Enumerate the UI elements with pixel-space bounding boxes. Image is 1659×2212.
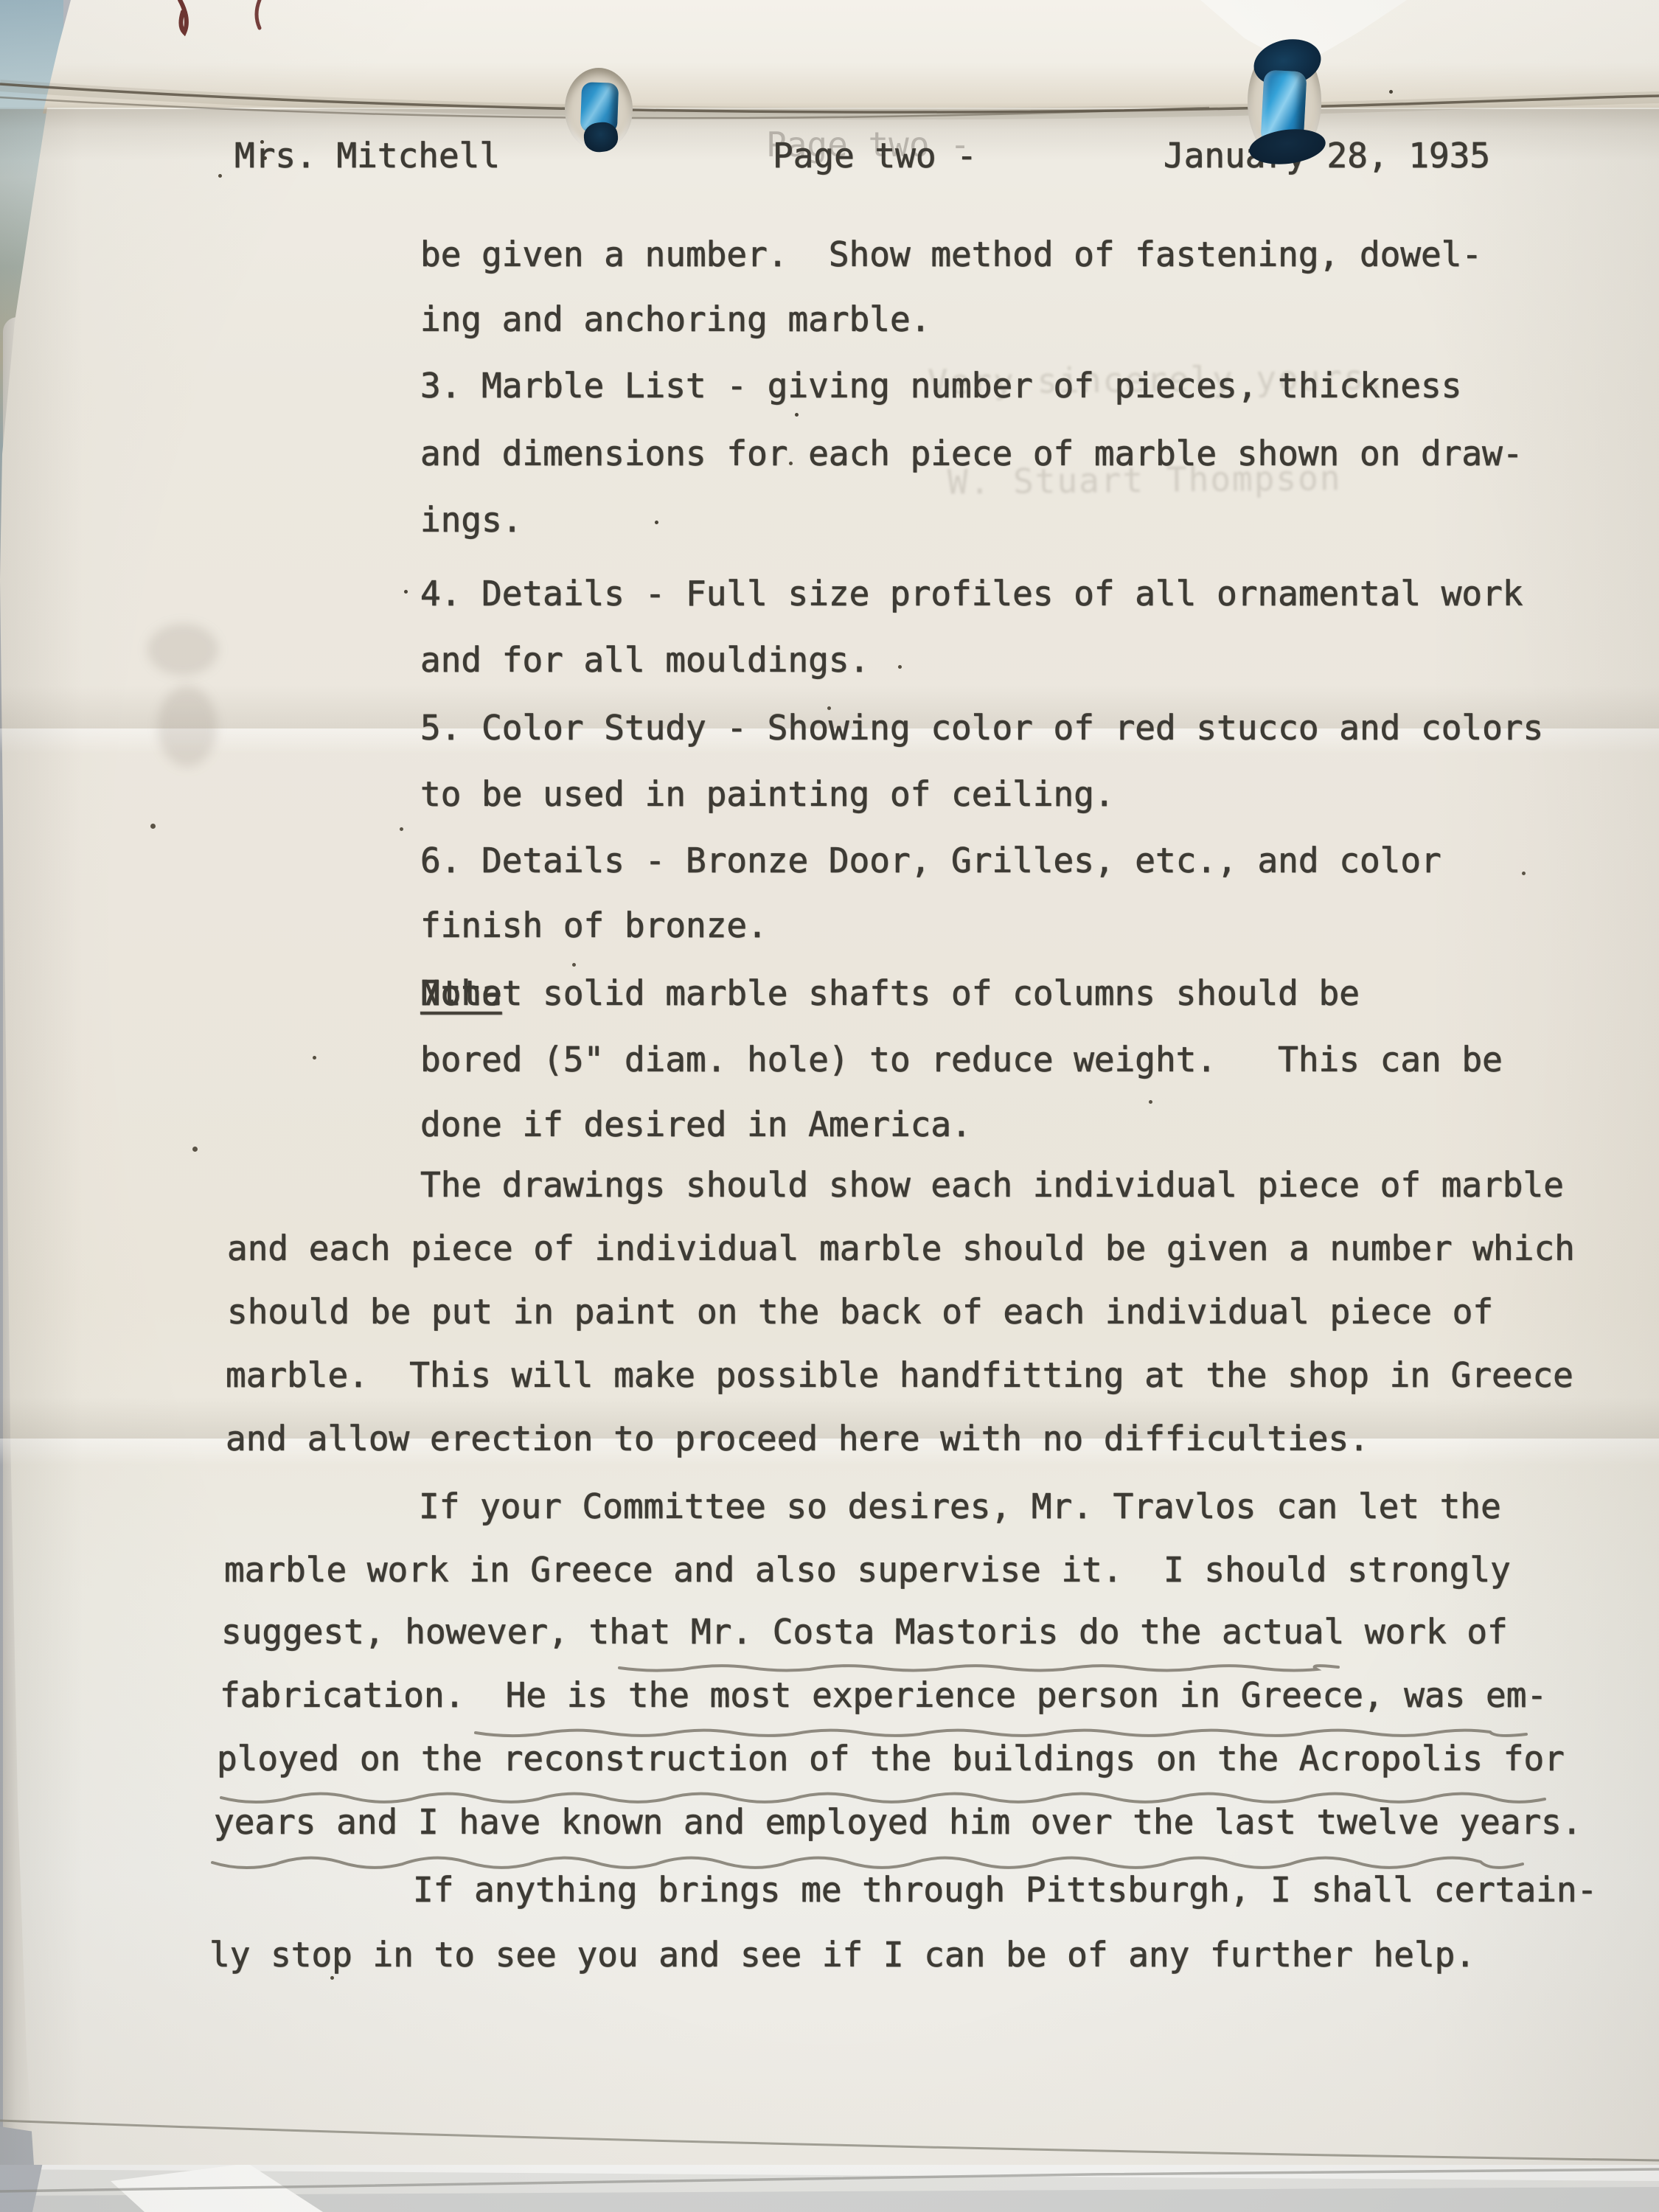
typed-line: finish of bronze. bbox=[420, 908, 768, 942]
typed-line: ployed on the reconstruction of the buil… bbox=[217, 1742, 1565, 1775]
typed-line: suggest, however, that Mr. Costa Mastori… bbox=[221, 1615, 1508, 1649]
typed-line: The drawings should show each individual… bbox=[420, 1168, 1564, 1202]
typed-line: be given a number. Show method of fasten… bbox=[420, 237, 1482, 271]
typed-line: should be put in paint on the back of ea… bbox=[227, 1295, 1493, 1329]
typed-line: marble. This will make possible handfitt… bbox=[226, 1358, 1573, 1392]
typed-line: and for all mouldings. bbox=[420, 643, 869, 677]
header-page-number: Page two - bbox=[773, 139, 977, 173]
typed-line: to be used in painting of ceiling. bbox=[420, 777, 1115, 811]
ink-specks bbox=[0, 0, 4, 4]
typed-line: 6. Details - Bronze Door, Grilles, etc.,… bbox=[420, 844, 1441, 877]
typed-line: done if desired in America. bbox=[420, 1107, 972, 1141]
typed-line: ings. bbox=[420, 503, 522, 537]
typed-line: If your Committee so desires, Mr. Travlo… bbox=[419, 1489, 1501, 1523]
letter-photo: Very sincerely yours,W. Stuart Thompson … bbox=[0, 0, 1659, 2212]
typed-line: and dimensions for each piece of marble … bbox=[420, 437, 1523, 470]
carbon-smudge bbox=[147, 624, 218, 675]
typed-line: 4. Details - Full size profiles of all o… bbox=[420, 577, 1523, 611]
typed-line: ly stop in to see you and see if I can b… bbox=[209, 1938, 1475, 1972]
typed-line: bored (5" diam. hole) to reduce weight. … bbox=[420, 1043, 1503, 1077]
typed-line: ing and anchoring marble. bbox=[420, 302, 931, 336]
typed-line: years and I have known and employed him … bbox=[214, 1805, 1582, 1839]
typed-text: that solid marble shafts of columns shou… bbox=[420, 976, 1360, 1010]
typed-line: If anything brings me through Pittsburgh… bbox=[413, 1873, 1597, 1907]
typed-line: and allow erection to proceed here with … bbox=[226, 1422, 1369, 1455]
typed-line: 5. Color Study - Showing color of red st… bbox=[420, 711, 1543, 745]
typed-line: 3. Marble List - giving number of pieces… bbox=[420, 369, 1461, 403]
header-date: January 28, 1935 bbox=[1164, 139, 1490, 173]
previous-page-strip bbox=[0, 0, 1659, 114]
header-recipient: Mrs. Mitchell bbox=[234, 139, 500, 173]
typed-line: fabrication. He is the most experience p… bbox=[220, 1678, 1547, 1712]
typed-line: and each piece of individual marble shou… bbox=[227, 1231, 1575, 1265]
carbon-smudge bbox=[158, 686, 217, 767]
typed-line: marble work in Greece and also supervise… bbox=[224, 1553, 1511, 1587]
